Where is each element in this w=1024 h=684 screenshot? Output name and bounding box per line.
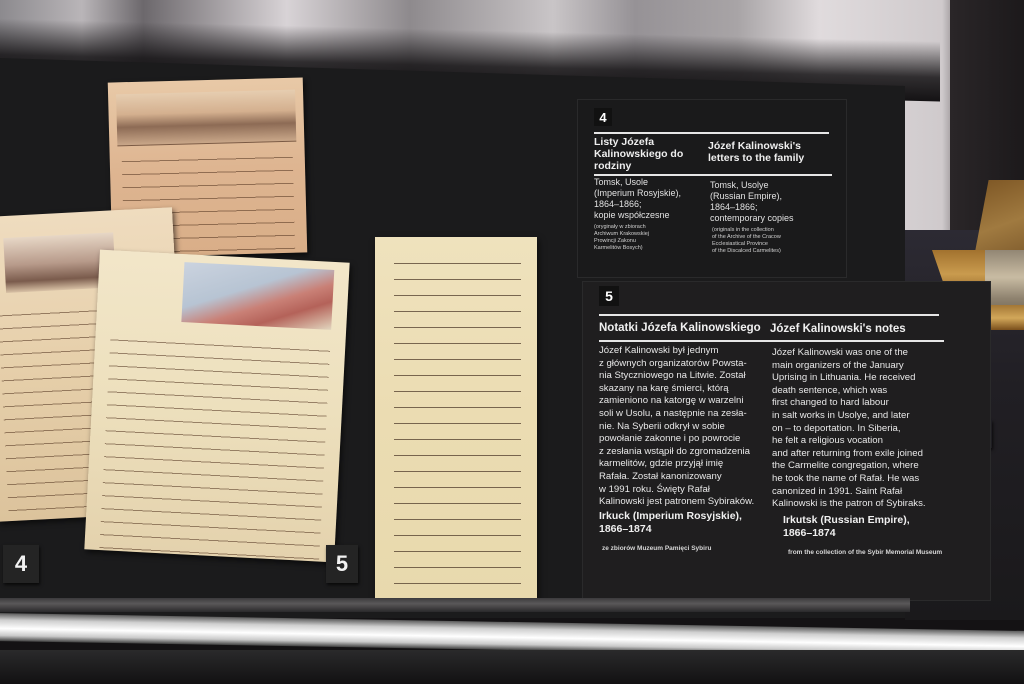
handwriting bbox=[394, 251, 520, 600]
handwriting bbox=[99, 330, 330, 561]
label-source-polish: (oryginały w zbiorach Archiwum Krakowski… bbox=[594, 224, 704, 252]
label-title-polish: Notatki Józefa Kalinowskiego bbox=[599, 322, 761, 334]
display-case-rail bbox=[0, 598, 910, 612]
display-case-base bbox=[0, 650, 1024, 684]
gilded-object-glass bbox=[985, 250, 1024, 305]
label-place-date-english: Irkutsk (Russian Empire), 1866–1874 bbox=[783, 514, 910, 540]
divider bbox=[594, 174, 832, 176]
label-source-polish: ze zbiorów Muzeum Pamięci Sybiru bbox=[602, 545, 711, 552]
label-place-date-polish: Irkuck (Imperium Rosyjskie), 1866–1874 bbox=[599, 510, 742, 536]
label-title-english: Józef Kalinowski's letters to the family bbox=[708, 140, 828, 164]
label-title-polish: Listy Józefa Kalinowskiego do rodziny bbox=[594, 136, 709, 172]
divider bbox=[594, 132, 829, 134]
exhibit-number-tag-4: 4 bbox=[3, 545, 39, 583]
label-source-english: from the collection of the Sybir Memoria… bbox=[788, 549, 942, 556]
divider bbox=[599, 314, 939, 316]
label-body-polish: Józef Kalinowski był jednym z głównych o… bbox=[599, 345, 774, 509]
divider bbox=[599, 340, 944, 342]
label-source-english: (originals in the collection of the Arch… bbox=[712, 227, 837, 255]
letter-drawing-town bbox=[116, 90, 296, 147]
label-number: 5 bbox=[599, 286, 619, 306]
label-meta-english: Tomsk, Usolye (Russian Empire), 1864–186… bbox=[710, 180, 835, 224]
letter-drawing-castle bbox=[181, 262, 334, 330]
exhibit-label-5: 5 Notatki Józefa Kalinowskiego Józef Kal… bbox=[583, 282, 990, 600]
label-meta-polish: Tomsk, Usole (Imperium Rosyjskie), 1864–… bbox=[594, 177, 709, 221]
exhibit-label-4: 4 Listy Józefa Kalinowskiego do rodziny … bbox=[578, 100, 846, 277]
kalinowski-notes-sheet bbox=[375, 237, 537, 600]
label-title-english: Józef Kalinowski's notes bbox=[770, 323, 906, 335]
label-body-english: Józef Kalinowski was one of the main org… bbox=[772, 347, 972, 511]
exhibit-number-tag-5: 5 bbox=[326, 545, 358, 583]
letter-with-castle-sketch bbox=[84, 250, 349, 563]
label-number: 4 bbox=[594, 108, 612, 126]
